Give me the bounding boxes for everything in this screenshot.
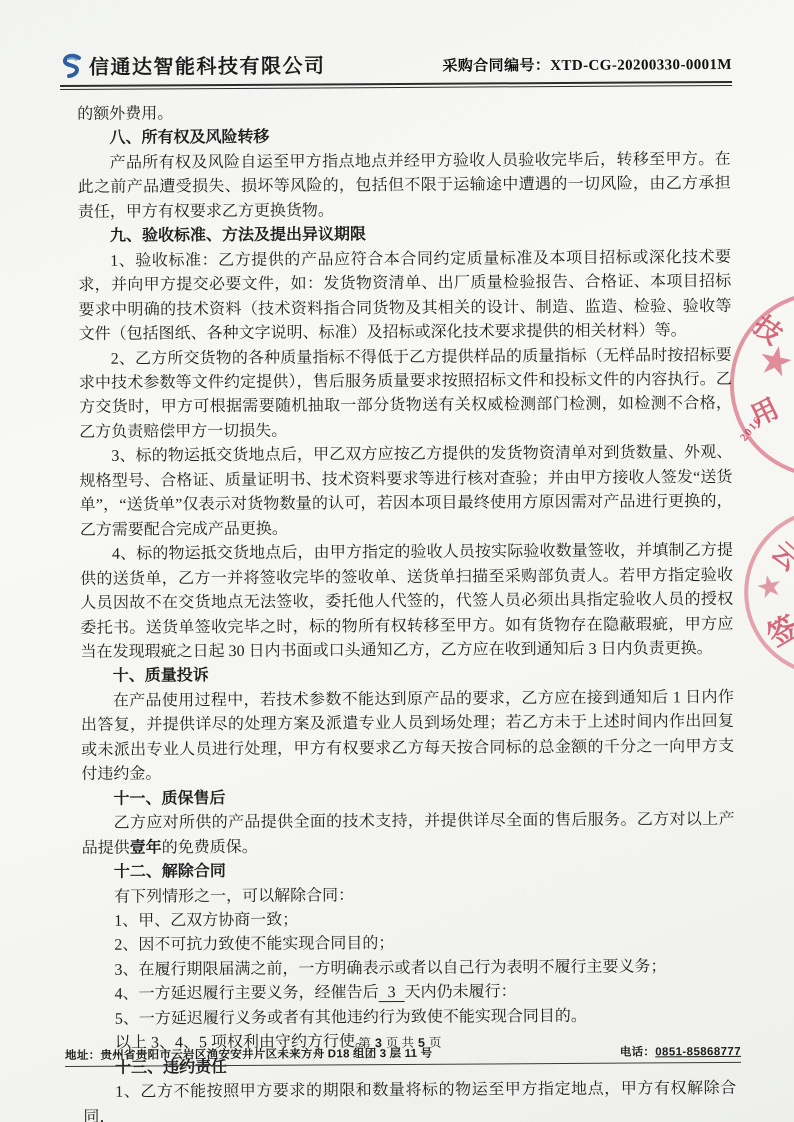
paragraph-text: 4、一方延迟履行主要义务，经催告后 <box>115 984 379 1003</box>
paragraph: 乙方应对所供的产品提供全面的技术支持，并提供详尽全面的售后服务。乙方对以上产品提… <box>82 808 735 861</box>
contract-number: 采购合同编号：XTD-CG-20200330-0001M <box>442 53 732 78</box>
address-text: 11 <box>405 1048 418 1060</box>
address-text: D18 <box>328 1048 350 1060</box>
scanned-contract-page: 信通达智能科技有限公司 采购合同编号：XTD-CG-20200330-0001M… <box>0 0 794 1122</box>
address-label: 地址： <box>65 1050 100 1062</box>
company-logo-icon <box>60 52 84 78</box>
address-text: 组团 <box>350 1048 380 1060</box>
paragraph: 4、标的物运抵交货地点后，由甲方指定的验收人员按实际验收数量签收，并填制乙方提供… <box>80 539 734 665</box>
paragraph: 产品所有权及风险自运至甲方指点地点并经甲方验收人员验收完毕后，转移至甲方。在此之… <box>77 148 730 225</box>
bold-term: 壹年 <box>130 839 162 856</box>
red-seal-stamp-1: 技 ★ 用 2016 <box>729 291 794 478</box>
red-seal-stamp-2: 云 ★ 签 <box>744 508 794 677</box>
document-body: 的额外费用。 八、所有权及风险转移 产品所有权及风险自运至甲方指点地点并经甲方验… <box>77 99 736 1122</box>
seal-character: 云 <box>764 531 794 578</box>
star-icon: ★ <box>754 338 794 384</box>
paragraph: 1、验收标准：乙方提供的产品应符合本合同约定质量标准及本项目招标或深化技术要求，… <box>78 246 732 348</box>
seal-character: 签 <box>757 602 794 655</box>
page-header: 信通达智能科技有限公司 采购合同编号：XTD-CG-20200330-0001M <box>60 47 732 80</box>
page-footer: 地址：贵州省贵阳市云岩区渔安安井片区未来方舟 D18 组团 3 层 11 号 电… <box>65 1043 741 1067</box>
underlined-blank-value: 3 <box>379 984 405 1002</box>
header-rule <box>60 81 732 90</box>
seal-serial-digits: 2016 <box>738 414 765 443</box>
star-icon: ★ <box>753 570 786 605</box>
contract-number-label: 采购合同编号： <box>442 58 550 75</box>
phone-number: 0851-85868777 <box>655 1046 741 1059</box>
paragraph: 3、标的物运抵交货地点后，甲乙双方应按乙方提供的发货物资清单对到货数量、外观、规… <box>79 441 733 543</box>
address-text: 层 <box>386 1048 404 1060</box>
paragraph-text: 天内仍未履行： <box>405 984 517 1002</box>
seal-character: 用 <box>743 387 785 434</box>
paragraph: 1、乙方不能按照甲方要求的期限和数量将标的物运至甲方指定地点，甲方有权解除合同， <box>83 1077 736 1122</box>
address-text: 号 <box>417 1048 432 1060</box>
company-phone: 电话：0851-85868777 <box>620 1043 741 1060</box>
paragraph: 2、乙方所交货物的各种质量指标不得低于乙方提供样品的质量指标（无样品时按招标要求… <box>79 343 733 445</box>
company-name: 信通达智能科技有限公司 <box>89 49 326 79</box>
company-address: 地址：贵州省贵阳市云岩区渔安安井片区未来方舟 D18 组团 3 层 11 号 <box>65 1045 432 1063</box>
company-brand: 信通达智能科技有限公司 <box>60 49 326 80</box>
seal-character: 技 <box>746 305 791 352</box>
address-text: 贵州省贵阳市云岩区渔安安井片区未来方舟 <box>100 1048 327 1061</box>
list-item: 3、在履行期限届满之前，一方明确表示或者以自己行为表明不履行主要义务； <box>82 955 735 983</box>
paragraph-text: 的免费质保。 <box>162 838 258 856</box>
phone-label: 电话： <box>620 1046 655 1058</box>
paragraph: 在产品使用过程中，若技术参数不能达到原产品的要求，乙方应在接到通知后 1 日内作… <box>81 686 735 788</box>
contract-number-value: XTD-CG-20200330-0001M <box>550 57 732 74</box>
